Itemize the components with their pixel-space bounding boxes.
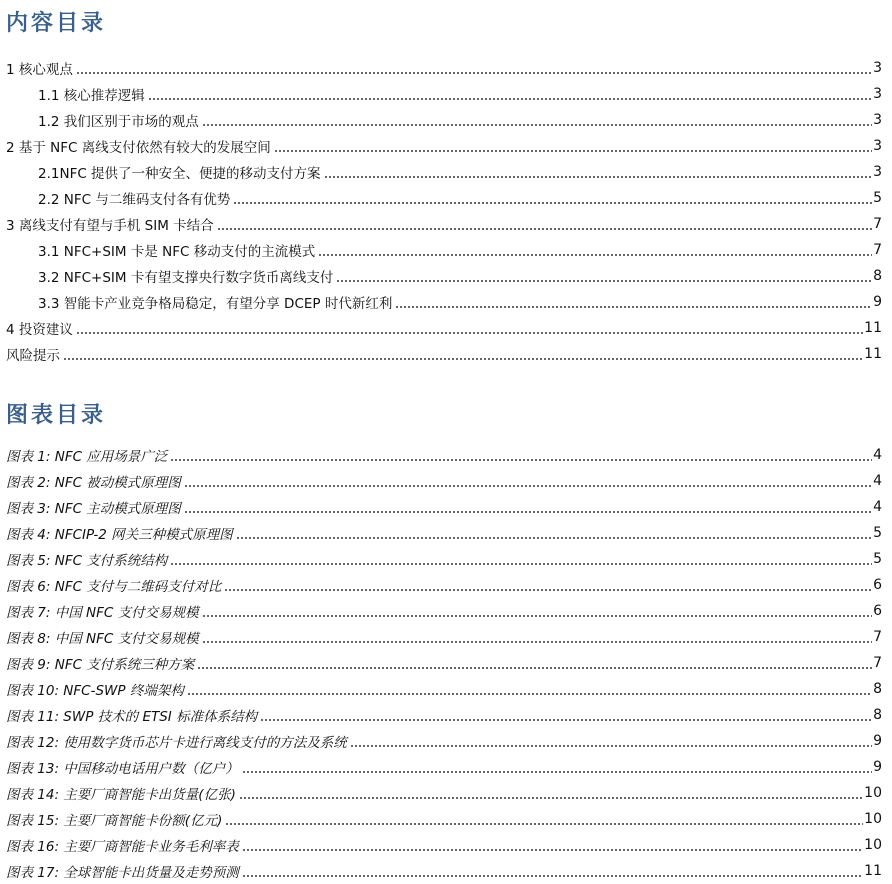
toc-entry-label: 2.2 NFC 与二维码支付各有优势 — [38, 188, 232, 208]
figure-entry-page: 5 — [873, 551, 882, 567]
figure-entry-label: 图表 11: SWP 技术的 ETSI 标准体系结构 — [6, 705, 259, 725]
figure-entry-label: 图表 8: 中国 NFC 支付交易规模 — [6, 627, 201, 647]
figure-entry-label: 图表 3: NFC 主动模式原理图 — [6, 497, 183, 517]
table-of-contents: 1 核心观点3 1.1 核心推荐逻辑3 1.2 我们区别于市场的观点3 2 基于… — [0, 55, 892, 367]
toc-entry-page: 3 — [873, 86, 882, 102]
figure-entry-label: 图表 17: 全球智能卡出货量及走势预测 — [6, 861, 241, 881]
toc-entry-label: 3 离线支付有望与手机 SIM 卡结合 — [6, 214, 216, 234]
figure-entry[interactable]: 图表 12: 使用数字货币芯片卡进行离线支付的方法及系统9 — [0, 728, 892, 754]
toc-entry-label: 1.2 我们区别于市场的观点 — [38, 110, 201, 130]
toc-entry-label: 3.2 NFC+SIM 卡有望支撑央行数字货币离线支付 — [38, 266, 335, 286]
toc-entry-page: 9 — [873, 294, 882, 310]
dot-leader — [76, 61, 872, 75]
toc-entry-page: 8 — [873, 268, 882, 284]
toc-entry-page: 3 — [873, 60, 882, 76]
figure-entry[interactable]: 图表 1: NFC 应用场景广泛4 — [0, 442, 892, 468]
toc-entry-label: 风险提示 — [6, 344, 62, 364]
dot-leader — [76, 321, 863, 335]
toc-entry[interactable]: 3 离线支付有望与手机 SIM 卡结合7 — [0, 211, 892, 237]
figure-entry-page: 4 — [873, 447, 882, 463]
toc-entry-page: 3 — [873, 138, 882, 154]
figure-entry-page: 5 — [873, 525, 882, 541]
dot-leader — [260, 708, 872, 722]
toc-entry-page: 3 — [873, 164, 882, 180]
toc-entry-label: 3.1 NFC+SIM 卡是 NFC 移动支付的主流模式 — [38, 240, 317, 260]
figure-entry-page: 9 — [873, 759, 882, 775]
toc-entry[interactable]: 4 投资建议11 — [0, 315, 892, 341]
toc-entry-label: 3.3 智能卡产业竞争格局稳定，有望分享 DCEP 时代新红利 — [38, 292, 394, 312]
toc-entry-label: 1 核心观点 — [6, 58, 75, 78]
figure-entry-page: 8 — [873, 707, 882, 723]
dot-leader — [324, 165, 873, 179]
dot-leader — [63, 347, 863, 361]
figure-entry-page: 6 — [873, 603, 882, 619]
figure-entry-page: 10 — [864, 837, 882, 853]
figure-entry-label: 图表 13: 中国移动电话用户数（亿户） — [6, 757, 241, 777]
toc-entry[interactable]: 2.1NFC 提供了一种安全、便捷的移动支付方案3 — [0, 159, 892, 185]
toc-entry[interactable]: 3.2 NFC+SIM 卡有望支撑央行数字货币离线支付8 — [0, 263, 892, 289]
figure-entry-label: 图表 1: NFC 应用场景广泛 — [6, 445, 169, 465]
dot-leader — [242, 760, 872, 774]
figure-entry[interactable]: 图表 10: NFC-SWP 终端架构8 — [0, 676, 892, 702]
toc-entry-page: 11 — [864, 320, 882, 336]
figure-entry[interactable]: 图表 16: 主要厂商智能卡业务毛利率表10 — [0, 832, 892, 858]
figure-entry[interactable]: 图表 17: 全球智能卡出货量及走势预测11 — [0, 858, 892, 884]
toc-entry-label: 2 基于 NFC 离线支付依然有较大的发展空间 — [6, 136, 273, 156]
dot-leader — [217, 217, 872, 231]
list-of-figures: 图表 1: NFC 应用场景广泛4 图表 2: NFC 被动模式原理图4 图表 … — [0, 442, 892, 884]
figure-entry[interactable]: 图表 11: SWP 技术的 ETSI 标准体系结构8 — [0, 702, 892, 728]
dot-leader — [202, 604, 872, 618]
toc-entry[interactable]: 1.1 核心推荐逻辑3 — [0, 81, 892, 107]
dot-leader — [233, 191, 872, 205]
dot-leader — [242, 838, 863, 852]
dot-leader — [184, 474, 872, 488]
dot-leader — [239, 786, 863, 800]
dot-leader — [148, 87, 872, 101]
toc-entry-page: 11 — [864, 346, 882, 362]
figure-entry[interactable]: 图表 15: 主要厂商智能卡份额(亿元)10 — [0, 806, 892, 832]
figure-entry-label: 图表 15: 主要厂商智能卡份额(亿元) — [6, 809, 224, 829]
figure-entry-label: 图表 10: NFC-SWP 终端架构 — [6, 679, 186, 699]
figure-entry-page: 4 — [873, 499, 882, 515]
figure-entry-page: 7 — [873, 629, 882, 645]
figure-entry[interactable]: 图表 7: 中国 NFC 支付交易规模6 — [0, 598, 892, 624]
figure-entry-page: 11 — [864, 863, 882, 879]
toc-entry[interactable]: 2 基于 NFC 离线支付依然有较大的发展空间3 — [0, 133, 892, 159]
figure-entry[interactable]: 图表 13: 中国移动电话用户数（亿户）9 — [0, 754, 892, 780]
dot-leader — [336, 269, 872, 283]
figure-entry-page: 8 — [873, 681, 882, 697]
dot-leader — [242, 864, 863, 878]
figure-entry-page: 10 — [864, 785, 882, 801]
dot-leader — [170, 552, 872, 566]
figure-entry-page: 6 — [873, 577, 882, 593]
toc-entry-page: 7 — [873, 216, 882, 232]
figure-entry[interactable]: 图表 5: NFC 支付系统结构5 — [0, 546, 892, 572]
toc-entry-label: 1.1 核心推荐逻辑 — [38, 84, 147, 104]
figure-entry-page: 7 — [873, 655, 882, 671]
figures-heading: 图表目录 — [6, 398, 106, 429]
dot-leader — [236, 526, 872, 540]
toc-entry[interactable]: 风险提示11 — [0, 341, 892, 367]
figure-entry-page: 10 — [864, 811, 882, 827]
figure-entry-label: 图表 6: NFC 支付与二维码支付对比 — [6, 575, 223, 595]
figure-entry[interactable]: 图表 9: NFC 支付系统三种方案7 — [0, 650, 892, 676]
dot-leader — [170, 448, 872, 462]
toc-entry-label: 4 投资建议 — [6, 318, 75, 338]
dot-leader — [274, 139, 872, 153]
figure-entry-page: 9 — [873, 733, 882, 749]
toc-entry-page: 7 — [873, 242, 882, 258]
dot-leader — [202, 113, 872, 127]
figure-entry-label: 图表 14: 主要厂商智能卡出货量(亿张) — [6, 783, 238, 803]
toc-entry[interactable]: 3.1 NFC+SIM 卡是 NFC 移动支付的主流模式7 — [0, 237, 892, 263]
dot-leader — [224, 578, 872, 592]
figure-entry-label: 图表 5: NFC 支付系统结构 — [6, 549, 169, 569]
figure-entry[interactable]: 图表 2: NFC 被动模式原理图4 — [0, 468, 892, 494]
toc-entry-page: 5 — [873, 190, 882, 206]
figure-entry-label: 图表 7: 中国 NFC 支付交易规模 — [6, 601, 201, 621]
toc-entry[interactable]: 1.2 我们区别于市场的观点3 — [0, 107, 892, 133]
figure-entry-label: 图表 16: 主要厂商智能卡业务毛利率表 — [6, 835, 241, 855]
figure-entry-page: 4 — [873, 473, 882, 489]
dot-leader — [395, 295, 872, 309]
dot-leader — [318, 243, 872, 257]
figure-entry-label: 图表 2: NFC 被动模式原理图 — [6, 471, 183, 491]
dot-leader — [225, 812, 863, 826]
figure-entry-label: 图表 9: NFC 支付系统三种方案 — [6, 653, 196, 673]
figure-entry[interactable]: 图表 6: NFC 支付与二维码支付对比6 — [0, 572, 892, 598]
dot-leader — [187, 682, 872, 696]
dot-leader — [350, 734, 872, 748]
figure-entry[interactable]: 图表 14: 主要厂商智能卡出货量(亿张)10 — [0, 780, 892, 806]
toc-entry[interactable]: 3.3 智能卡产业竞争格局稳定，有望分享 DCEP 时代新红利9 — [0, 289, 892, 315]
figure-entry-label: 图表 12: 使用数字货币芯片卡进行离线支付的方法及系统 — [6, 731, 349, 751]
dot-leader — [197, 656, 872, 670]
contents-heading: 内容目录 — [6, 6, 106, 37]
toc-entry[interactable]: 1 核心观点3 — [0, 55, 892, 81]
figure-entry[interactable]: 图表 3: NFC 主动模式原理图4 — [0, 494, 892, 520]
toc-entry-page: 3 — [873, 112, 882, 128]
toc-entry[interactable]: 2.2 NFC 与二维码支付各有优势5 — [0, 185, 892, 211]
figure-entry[interactable]: 图表 4: NFCIP-2 网关三种模式原理图5 — [0, 520, 892, 546]
figure-entry[interactable]: 图表 8: 中国 NFC 支付交易规模7 — [0, 624, 892, 650]
figure-entry-label: 图表 4: NFCIP-2 网关三种模式原理图 — [6, 523, 235, 543]
toc-entry-label: 2.1NFC 提供了一种安全、便捷的移动支付方案 — [38, 162, 323, 182]
dot-leader — [202, 630, 872, 644]
dot-leader — [184, 500, 872, 514]
